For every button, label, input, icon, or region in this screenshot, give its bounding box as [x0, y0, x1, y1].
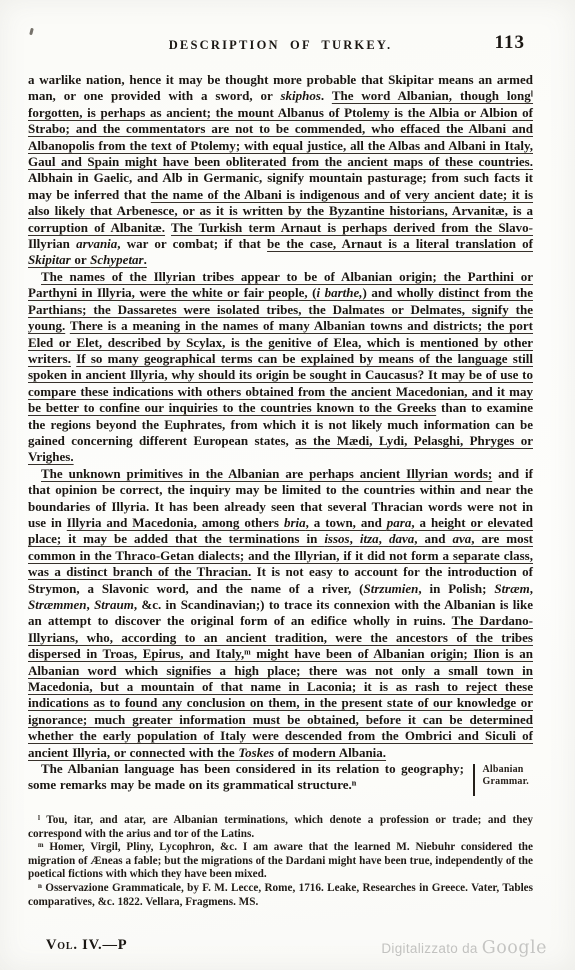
text-segment: . — [144, 252, 147, 267]
text-segment: of modern Albania. — [274, 745, 386, 760]
text-segment: , — [530, 581, 533, 596]
page-footer: Vol. IV.—P — [46, 936, 127, 954]
text-segment: The Turkish term Arnaut is perhaps deriv… — [171, 220, 533, 235]
text-segment: issos — [324, 531, 349, 546]
margin-note-line: Grammar. — [483, 776, 530, 788]
text-segment: ava — [452, 531, 471, 546]
footnote: ˡ Tou, itar, and atar, are Albanian term… — [28, 814, 533, 841]
paragraph: The names of the Illyrian tribes appear … — [28, 269, 533, 466]
text-segment: or — [71, 252, 91, 267]
footnotes: ˡ Tou, itar, and atar, are Albanian term… — [28, 814, 533, 909]
text-segment: ⁿ Osservazione Grammaticale, by F. M. Le… — [28, 882, 533, 908]
text-segment: ᵐ Homer, Virgil, Pliny, Lycophron, &c. I… — [28, 841, 533, 880]
book-page-scan: DESCRIPTION OF TURKEY. 113 a warlike nat… — [0, 0, 575, 970]
text-segment: be the case, Arnaut is a literal transla… — [267, 236, 533, 251]
text-segment: . — [321, 88, 332, 103]
text-segment: Toskes — [238, 745, 274, 760]
text-segment: , war or combat; if that — [117, 236, 267, 251]
paragraph: a warlike nation, hence it may be though… — [28, 72, 533, 269]
text-segment: para — [387, 515, 412, 530]
text-segment: itza — [360, 531, 379, 546]
text-segment: Stræmmen — [28, 597, 87, 612]
paragraph: The Albanian language has been considere… — [28, 761, 464, 794]
volume-signature: Vol. IV.—P — [46, 937, 127, 953]
text-segment: Strzumien — [363, 581, 418, 596]
page-number: 113 — [495, 32, 525, 54]
text-segment: bria — [284, 515, 306, 530]
margin-note-line: Albanian — [483, 764, 530, 776]
text-segment: Skipitar — [28, 252, 71, 267]
text-segment: Illyrian — [28, 236, 76, 251]
footnote: ᵐ Homer, Virgil, Pliny, Lycophron, &c. I… — [28, 841, 533, 882]
text-segment: , and — [414, 531, 452, 546]
text-segment: Illyria and Macedonia, among others — [67, 515, 284, 530]
closing-paragraph: The Albanian language has been considere… — [28, 761, 464, 794]
last-paragraph-row: The Albanian language has been considere… — [28, 761, 533, 796]
text-segment: , — [379, 531, 389, 546]
text-segment: Stræm — [494, 581, 529, 596]
text-segment: , — [350, 531, 360, 546]
google-watermark: Digitalizzato da Google — [381, 938, 547, 958]
text-segment: , a town, and — [306, 515, 387, 530]
text-segment: arvania — [76, 236, 117, 251]
text-segment: The Dardano-Illyrians, who, according to… — [28, 613, 533, 759]
text-segment: Schypetar — [90, 252, 143, 267]
text-segment: The unknown primitives in the Albanian a… — [41, 466, 492, 481]
text-segment: , in Polish; — [418, 581, 494, 596]
footnote: ⁿ Osservazione Grammaticale, by F. M. Le… — [28, 882, 533, 909]
running-title: DESCRIPTION OF TURKEY. — [169, 38, 393, 53]
text-segment: The Albanian language has been considere… — [28, 761, 464, 792]
paragraph: The unknown primitives in the Albanian a… — [28, 466, 533, 761]
text-segment: skiphos — [280, 88, 320, 103]
google-logo: Google — [482, 938, 547, 958]
text-segment: , — [87, 597, 95, 612]
text-segment: dava — [389, 531, 414, 546]
text-segment: i barthe, — [316, 285, 362, 300]
text-segment: ˡ Tou, itar, and atar, are Albanian term… — [28, 814, 533, 840]
text-segment: Straum — [94, 597, 134, 612]
margin-note: Albanian Grammar. — [475, 761, 530, 787]
watermark-text: Digitalizzato da — [381, 941, 481, 956]
page-header: DESCRIPTION OF TURKEY. 113 — [28, 34, 533, 64]
body-text: a warlike nation, hence it may be though… — [28, 72, 533, 761]
